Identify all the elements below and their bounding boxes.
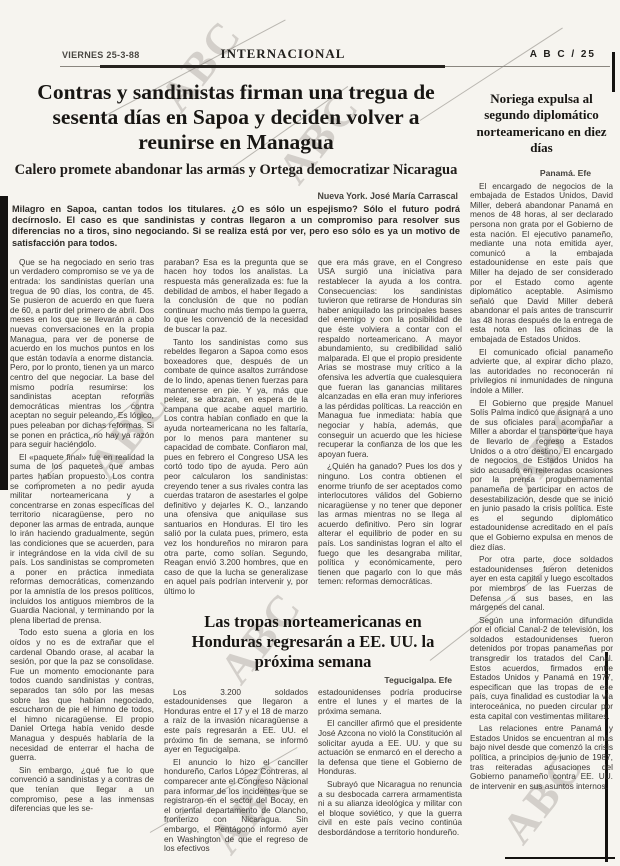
main-columns: Que se ha negociado en serio tras un ver… <box>10 258 462 857</box>
paragraph: estadounidenses podría producirse entre … <box>318 688 462 717</box>
paragraph: Según una información difundida por el o… <box>470 616 613 722</box>
honduras-headline: Las tropas norteamericanas en Honduras r… <box>170 612 456 672</box>
paragraph: que era más grave, en el Congreso USA su… <box>318 258 462 459</box>
page-number: A B C / 25 <box>530 49 596 60</box>
honduras-article: Las tropas norteamericanas en Honduras r… <box>164 600 462 857</box>
sidebar-byline: Panamá. Efe <box>470 168 591 178</box>
paragraph: Por otra parte, doce soldados estadounid… <box>470 555 613 613</box>
lead-paragraph: Milagro en Sapoa, cantan todos los titul… <box>12 204 460 249</box>
newspaper-page: ABC ABC ABC ABC ABC ABC ABC VIERNES 25-3… <box>0 0 620 866</box>
honduras-byline: Tegucigalpa. Efe <box>164 675 452 685</box>
paragraph: ¿Quién ha ganado? Pues los dos y ninguno… <box>318 462 462 587</box>
sidebar-body: El encargado de negocios de la embajada … <box>470 182 613 792</box>
main-column-1: Que se ha negociado en serio tras un ver… <box>10 258 154 857</box>
main-subheadline: Calero promete abandonar las armas y Ort… <box>10 162 462 179</box>
paragraph: El «paquete final» fue en realidad la su… <box>10 453 154 626</box>
scan-artifact-bar <box>505 857 615 859</box>
sidebar-article: Noriega expulsa al segundo diplomático n… <box>470 80 613 794</box>
paragraph: Todo esto suena a gloria en los oídos y … <box>10 628 154 762</box>
section-title: INTERNACIONAL <box>221 46 346 62</box>
honduras-column-1: Los 3.200 soldados estadounidenses que l… <box>164 688 308 857</box>
paragraph: paraban? Esa es la pregunta que se hacen… <box>164 258 308 335</box>
paragraph: El comunicado oficial panameño advierte … <box>470 348 613 396</box>
paragraph: Que se ha negociado en serio tras un ver… <box>10 258 154 450</box>
header-rule-thick <box>100 65 445 68</box>
paragraph: Subrayó que Nicaragua no renuncia a su d… <box>318 780 462 838</box>
main-column-3: que era más grave, en el Congreso USA su… <box>318 258 462 600</box>
paragraph: El canciller afirmó que el presidente Jo… <box>318 719 462 777</box>
main-article: Contras y sandinistas firman una tregua … <box>10 80 462 857</box>
paragraph: Los 3.200 soldados estadounidenses que l… <box>164 688 308 755</box>
paragraph: Sin embargo, ¿qué fue lo que convenció a… <box>10 766 154 814</box>
main-column-2: paraban? Esa es la pregunta que se hacen… <box>164 258 308 600</box>
scan-artifact-bar <box>0 196 8 490</box>
paragraph: El anuncio lo hizo el canciller hondureñ… <box>164 758 308 854</box>
sidebar-headline: Noriega expulsa al segundo diplomático n… <box>470 91 613 157</box>
main-headline: Contras y sandinistas firman una tregua … <box>14 80 458 155</box>
paragraph: El Gobierno que preside Manuel Solís Pal… <box>470 399 613 553</box>
page-date: VIERNES 25-3-88 <box>62 50 140 60</box>
paragraph: El encargado de negocios de la embajada … <box>470 182 613 345</box>
honduras-columns: Los 3.200 soldados estadounidenses que l… <box>164 688 462 857</box>
paragraph: Tanto los sandinistas como sus rebeldes … <box>164 338 308 597</box>
paragraph: Las relaciones entre Panamá y Estados Un… <box>470 724 613 791</box>
main-byline: Nueva York. José María Carrascal <box>10 191 458 201</box>
honduras-column-2: estadounidenses podría producirse entre … <box>318 688 462 857</box>
